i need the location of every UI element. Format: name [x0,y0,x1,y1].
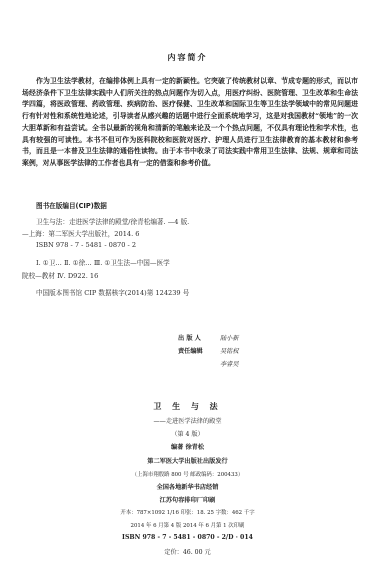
staff-name: 李睿昊 [220,361,239,368]
cip-line: 卫生与法：走进医学法律的殿堂/徐青松编著. —4 版. [36,216,189,226]
isbn: ISBN 978 - 7 - 5481 - 0870 - 2/D · 014 [0,534,375,541]
edition: （第 4 版） [0,429,375,438]
cip-line: —上海：第二军医大学出版社，2014. 6 [22,228,139,238]
author: 编著 徐青松 [0,442,375,451]
format-info: 开本：787×1092 1/16 印张：18. 25 字数：462 千字 [0,508,375,516]
printer: 江苏句容排印厂印刷 [0,495,375,504]
print-dates: 2014 年 6 月第 4 版 2014 年 6 月第 1 次印刷 [0,521,375,529]
staff-publisher: 出 版 人 陆小新 [178,333,239,342]
cip-heading: 图书在版编目(CIP)数据 [36,200,107,210]
cip-isbn: ISBN 978 - 7 - 5481 - 0870 - 2 [36,241,136,249]
staff-editor-2: 李睿昊 [178,359,239,368]
staff-role: 出 版 人 [178,333,218,342]
cip-line: Ⅰ. ①卫… Ⅱ. ①徐… Ⅲ. ①卫生法—中国—医学 [36,257,170,267]
price: 定价：46. 00 元 [0,547,375,556]
staff-role: 责任编辑 [178,346,218,355]
staff-name: 陆小新 [220,335,239,342]
cip-record-number: 中国版本图书馆 CIP 数据核字(2014)第 124239 号 [36,287,189,297]
book-subtitle: ——走进医学法律的殿堂 [0,416,375,425]
intro-body: 作为卫生法学教材，在编排体例上具有一定的新颖性。它突破了传统教材以章、节成专题的… [22,76,358,170]
cip-line: 院校—教材 Ⅳ. D922. 16 [22,270,98,280]
book-title: 卫 生 与 法 [0,401,375,412]
distributor: 全国各地新华书店经销 [0,482,375,491]
address: （上海市翔殷路 800 号 邮政编码：200433） [0,470,375,478]
staff-name: 吴铭权 [220,348,239,355]
staff-editor: 责任编辑 吴铭权 [178,346,239,355]
intro-title: 内容简介 [0,52,375,63]
publisher: 第二军医大学出版社出版发行 [0,456,375,465]
